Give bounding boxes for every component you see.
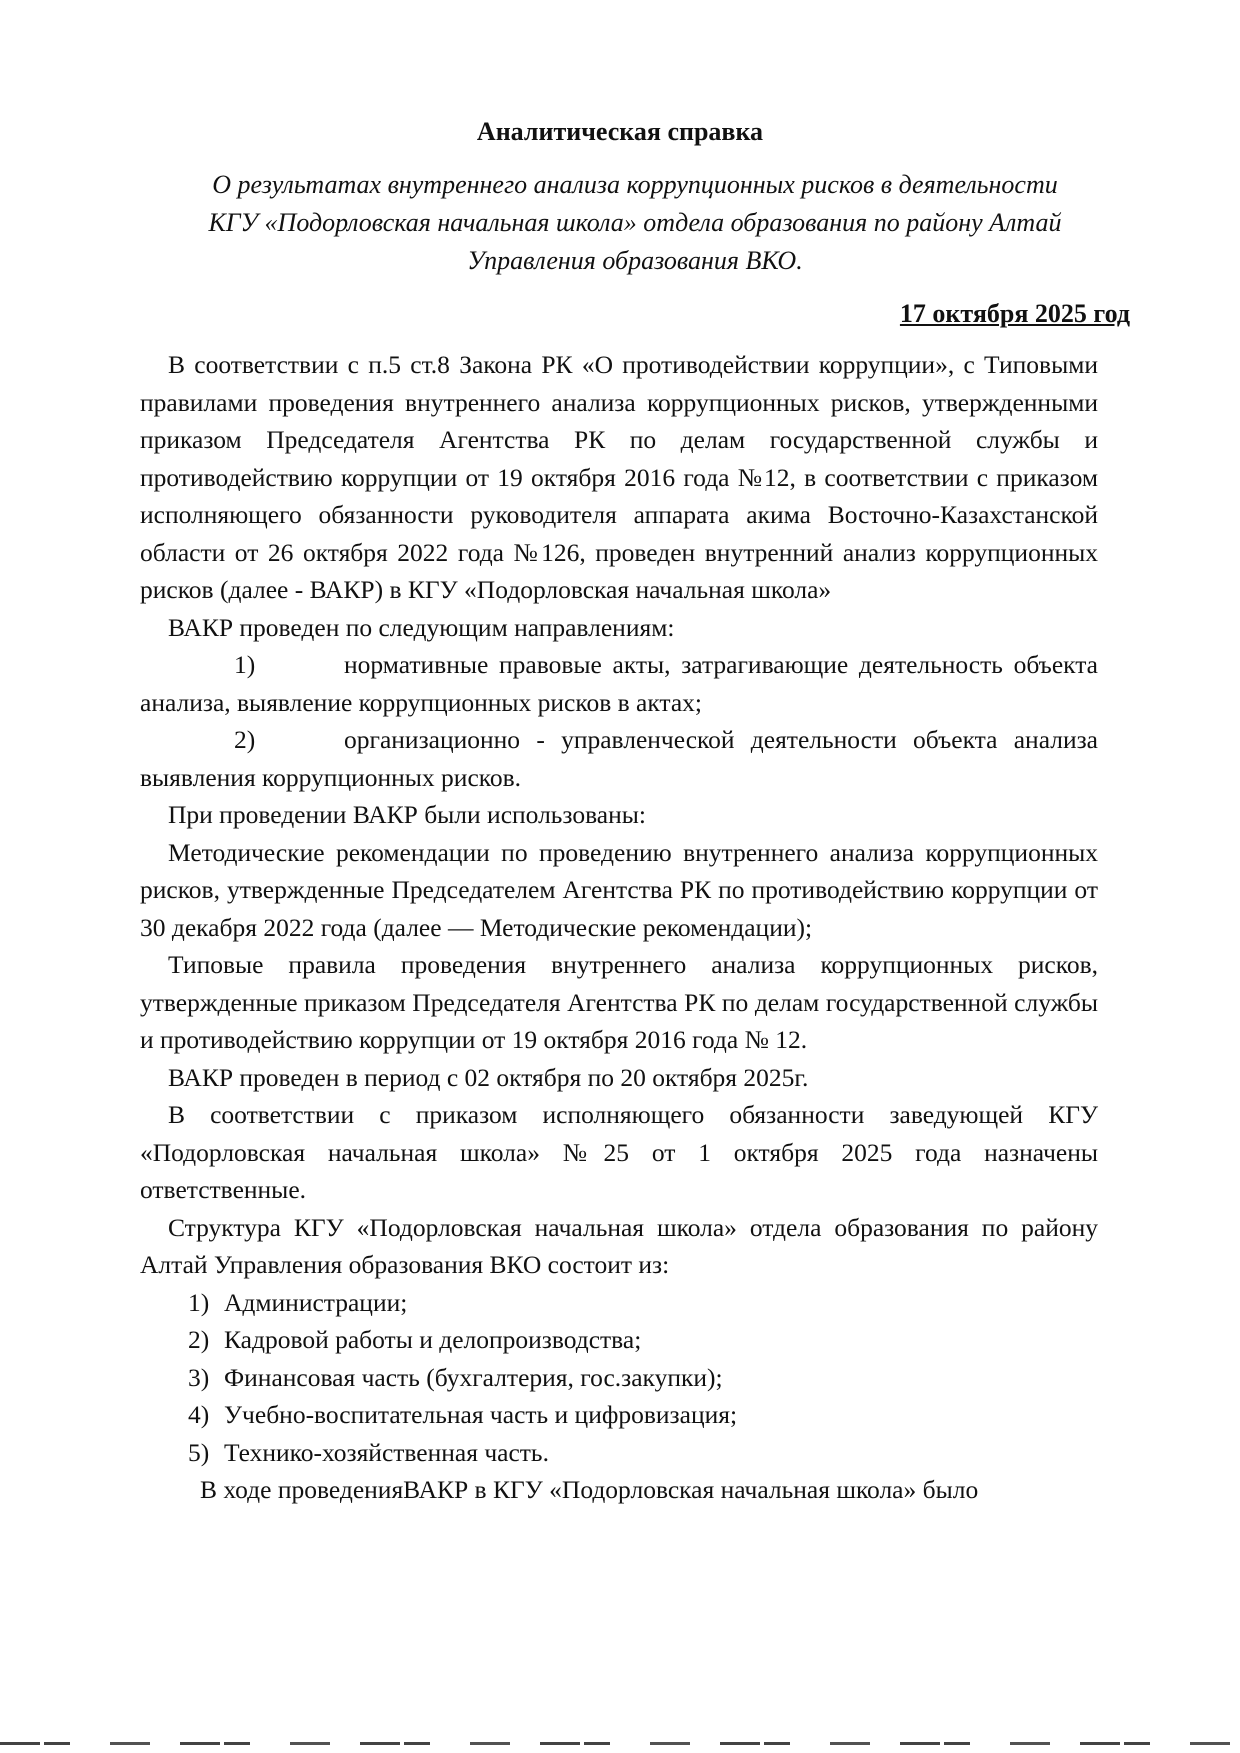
structure-item-text: Финансовая часть (бухгалтерия, гос.закуп… xyxy=(224,1363,723,1392)
subtitle-line: Управления образования ВКО. xyxy=(140,242,1130,280)
structure-item-text: Учебно-воспитательная часть и цифровизац… xyxy=(224,1400,737,1429)
document-page: Аналитическая справка О результатах внут… xyxy=(0,0,1240,1753)
direction-number: 1) xyxy=(168,646,244,684)
structure-list: 1)Администрации; 2)Кадровой работы и дел… xyxy=(140,1284,1098,1472)
structure-item-number: 3) xyxy=(188,1359,224,1397)
document-date: 17 октября 2025 год xyxy=(900,298,1130,330)
structure-item: 3)Финансовая часть (бухгалтерия, гос.зак… xyxy=(140,1359,1098,1397)
structure-item-number: 1) xyxy=(188,1284,224,1322)
scan-artifact-divider xyxy=(0,1742,1240,1745)
structure-item-number: 4) xyxy=(188,1396,224,1434)
direction-item: 1)нормативные правовые акты, затрагивающ… xyxy=(140,646,1098,721)
direction-item: 2)организационно - управленческой деятел… xyxy=(140,721,1098,796)
closing-paragraph: В ходе проведенияВАКР в КГУ «Подорловска… xyxy=(140,1471,1098,1509)
methodical-paragraph: Методические рекомендации по проведению … xyxy=(140,834,1098,947)
document-title: Аналитическая справка xyxy=(0,116,1240,148)
structure-item-number: 5) xyxy=(188,1434,224,1472)
used-intro: При проведении ВАКР были использованы: xyxy=(140,796,1098,834)
document-body: В соответствии с п.5 ст.8 Закона РК «О п… xyxy=(140,346,1098,1509)
structure-item: 1)Администрации; xyxy=(140,1284,1098,1322)
document-subtitle: О результатах внутреннего анализа корруп… xyxy=(140,166,1130,280)
structure-item-text: Кадровой работы и делопроизводства; xyxy=(224,1325,641,1354)
structure-item-text: Технико-хозяйственная часть. xyxy=(224,1438,549,1467)
structure-item-number: 2) xyxy=(188,1321,224,1359)
order-paragraph: В соответствии с приказом исполняющего о… xyxy=(140,1096,1098,1209)
structure-item: 5)Технико-хозяйственная часть. xyxy=(140,1434,1098,1472)
direction-text: нормативные правовые акты, затрагивающие… xyxy=(140,650,1098,717)
structure-item-text: Администрации; xyxy=(224,1288,407,1317)
direction-number: 2) xyxy=(168,721,244,759)
direction-text: организационно - управленческой деятельн… xyxy=(140,725,1098,792)
period-paragraph: ВАКР проведен в период с 02 октября по 2… xyxy=(140,1059,1098,1097)
subtitle-line: О результатах внутреннего анализа корруп… xyxy=(140,166,1130,204)
typical-rules-paragraph: Типовые правила проведения внутреннего а… xyxy=(140,946,1098,1059)
directions-intro: ВАКР проведен по следующим направлениям: xyxy=(140,609,1098,647)
intro-paragraph: В соответствии с п.5 ст.8 Закона РК «О п… xyxy=(140,346,1098,609)
structure-item: 2)Кадровой работы и делопроизводства; xyxy=(140,1321,1098,1359)
structure-intro: Структура КГУ «Подорловская начальная шк… xyxy=(140,1209,1098,1284)
subtitle-line: КГУ «Подорловская начальная школа» отдел… xyxy=(140,204,1130,242)
structure-item: 4)Учебно-воспитательная часть и цифровиз… xyxy=(140,1396,1098,1434)
